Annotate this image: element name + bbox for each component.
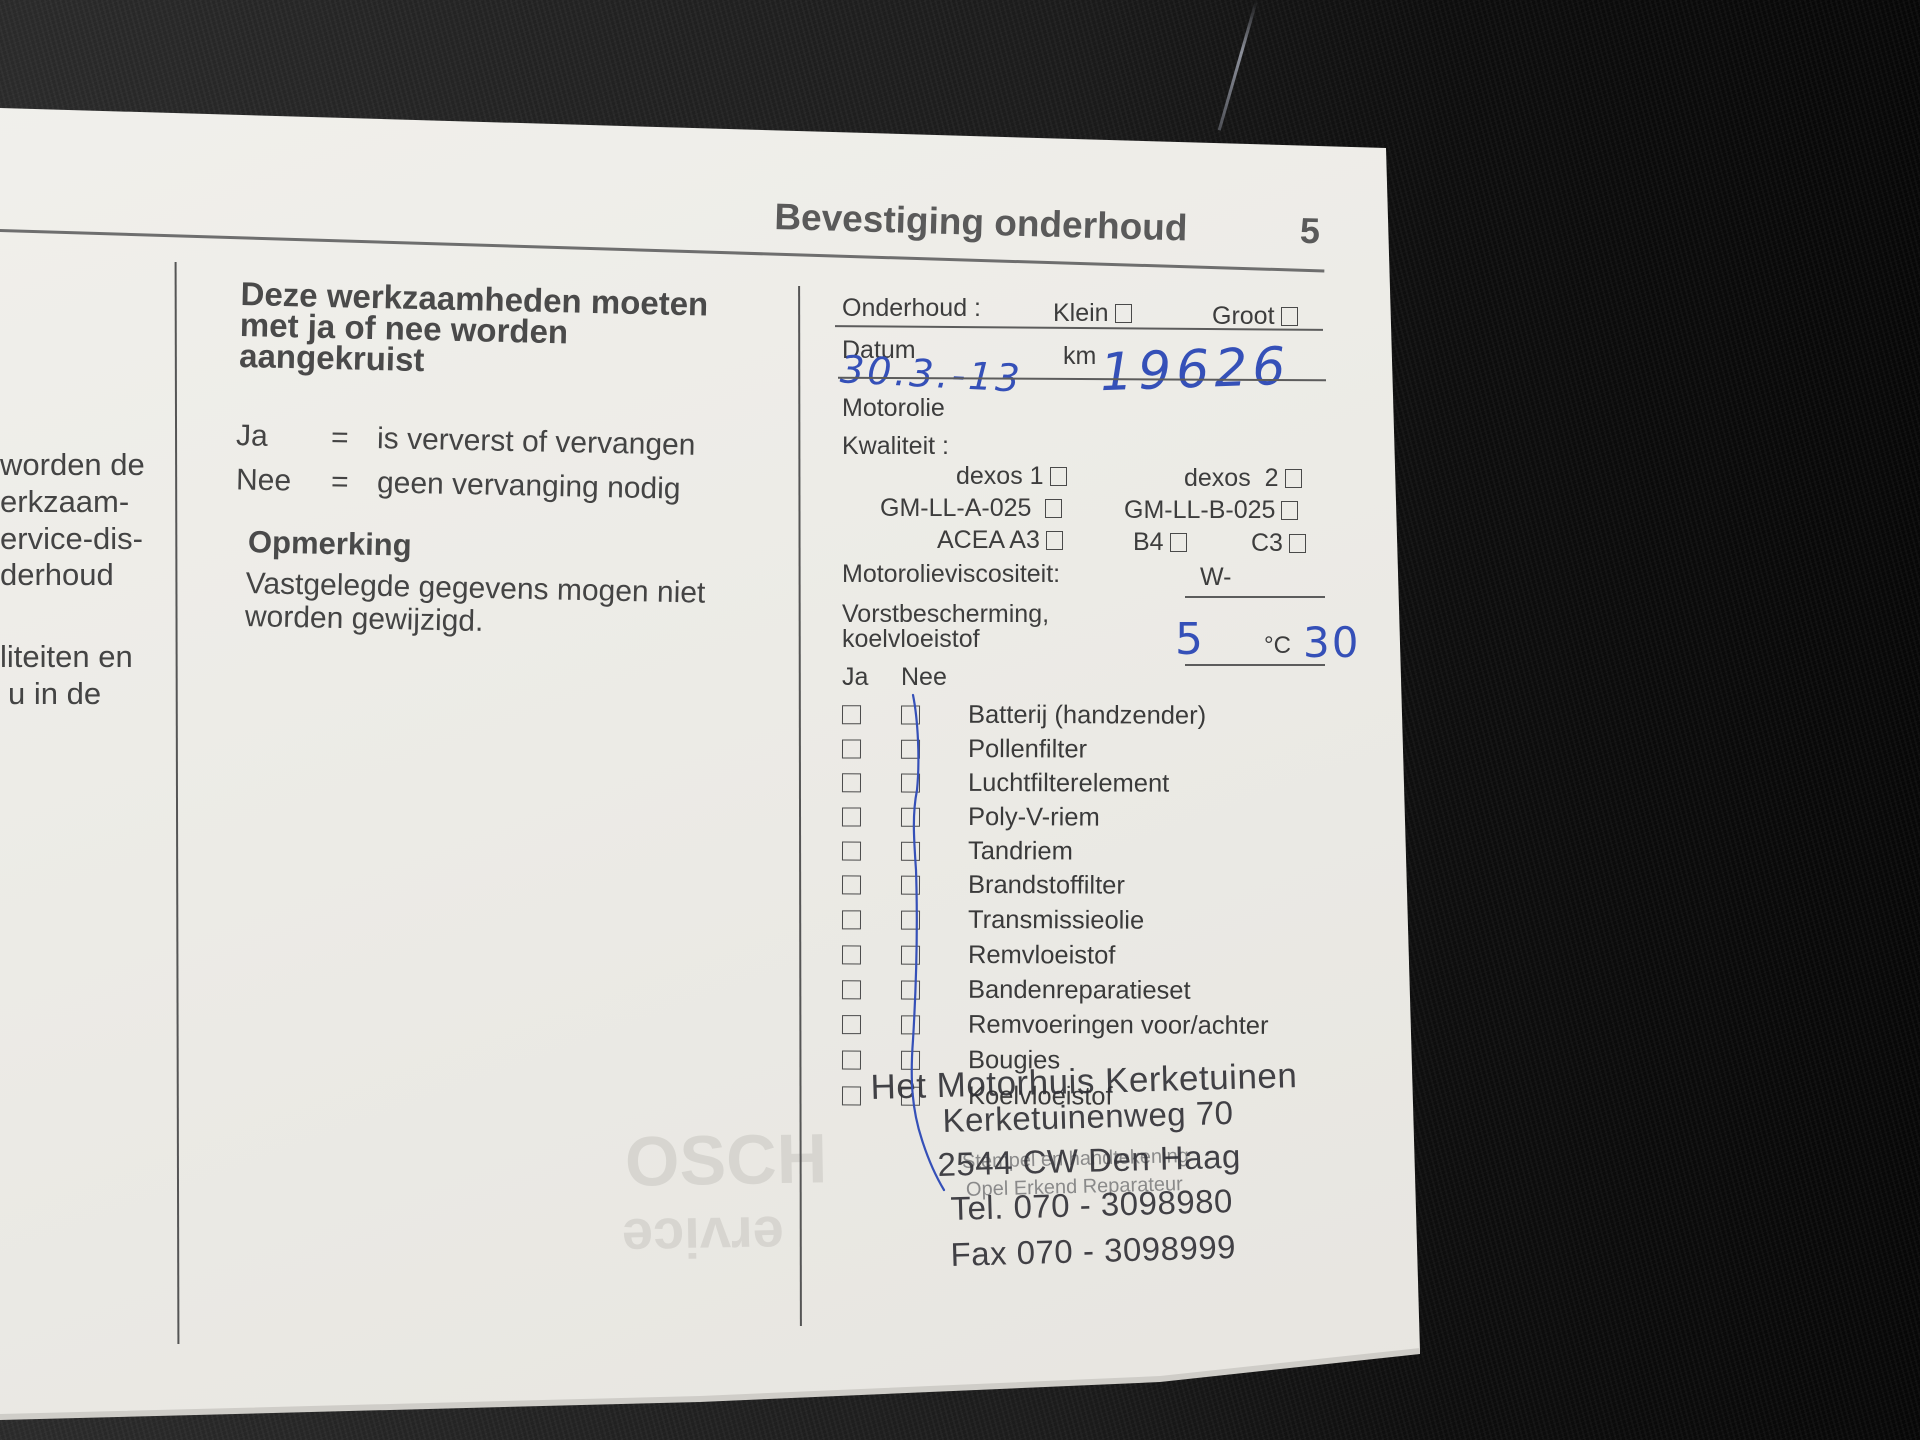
frost-label-line: koelvloeistof bbox=[842, 627, 1049, 652]
partial-text-line: ervice-dis- bbox=[0, 520, 143, 557]
quality-label: dexos 2 bbox=[1184, 464, 1279, 492]
quality-checkbox[interactable] bbox=[1050, 467, 1067, 486]
nee-checkbox[interactable] bbox=[901, 773, 920, 792]
quality-checkbox[interactable] bbox=[1045, 499, 1062, 518]
ja-checkbox[interactable] bbox=[842, 841, 861, 860]
nee-checkbox[interactable] bbox=[901, 1015, 920, 1034]
checklist-item-label: Transmissieolie bbox=[968, 905, 1144, 935]
groot-checkbox[interactable] bbox=[1281, 307, 1298, 326]
quality-checkbox[interactable] bbox=[1281, 501, 1298, 520]
viscosity-field-line bbox=[1185, 596, 1325, 598]
quality-label: dexos 1 bbox=[956, 462, 1044, 490]
checklist-item: Luchtfilterelement bbox=[842, 767, 1169, 798]
nee-checkbox[interactable] bbox=[901, 980, 920, 999]
quality-label: GM-LL-B-025 bbox=[1124, 496, 1275, 524]
quality-label: B4 bbox=[1133, 528, 1164, 556]
nee-checkbox[interactable] bbox=[901, 807, 920, 826]
quality-option[interactable]: B4 bbox=[1133, 528, 1187, 557]
ja-checkbox[interactable] bbox=[842, 739, 861, 758]
column-header-nee: Nee bbox=[901, 663, 947, 692]
frost-label-line: Vorstbescherming, bbox=[842, 602, 1049, 627]
legend-eq: = bbox=[331, 465, 378, 500]
partial-text-line: u in de bbox=[8, 675, 101, 712]
ja-checkbox[interactable] bbox=[842, 1015, 861, 1034]
ja-checkbox[interactable] bbox=[842, 945, 861, 964]
quality-option[interactable]: GM-LL-B-025 bbox=[1124, 496, 1298, 525]
instructions-heading: Deze werkzaamheden moeten met ja of nee … bbox=[239, 278, 709, 382]
column-header-ja: Ja bbox=[842, 663, 868, 692]
checklist-item: Pollenfilter bbox=[842, 733, 1087, 764]
partial-text-line: liteiten en bbox=[0, 638, 133, 675]
quality-label: GM-LL-A-025 bbox=[880, 494, 1031, 522]
nee-checkbox[interactable] bbox=[901, 841, 920, 860]
ja-checkbox[interactable] bbox=[842, 1050, 861, 1069]
klein-option[interactable]: Klein bbox=[1053, 299, 1132, 328]
quality-checkbox[interactable] bbox=[1170, 533, 1187, 552]
groot-label: Groot bbox=[1212, 302, 1275, 330]
checklist-item: Batterij (handzender) bbox=[842, 699, 1206, 731]
ja-checkbox[interactable] bbox=[842, 773, 861, 792]
checklist-item-label: Remvoeringen voor/achter bbox=[968, 1010, 1269, 1040]
frost-field-line bbox=[1185, 664, 1325, 666]
frost-value-handwritten[interactable]: 5 bbox=[1175, 614, 1203, 665]
checklist-item-label: Bandenreparatieset bbox=[968, 975, 1191, 1005]
quality-label: ACEA A3 bbox=[937, 526, 1040, 554]
kwaliteit-label: Kwaliteit : bbox=[842, 432, 949, 461]
checklist-item-label: Pollenfilter bbox=[968, 735, 1087, 765]
partial-text-line: worden de bbox=[0, 446, 145, 483]
nee-checkbox[interactable] bbox=[901, 739, 920, 758]
legend-key: Nee bbox=[236, 463, 332, 499]
checklist-item: Remvoeringen voor/achter bbox=[842, 1009, 1269, 1041]
ja-checkbox[interactable] bbox=[842, 1086, 861, 1105]
viscosity-label: Motorolieviscositeit: bbox=[842, 560, 1060, 589]
checklist-item-label: Tandriem bbox=[968, 837, 1073, 866]
frost-label: Vorstbescherming, koelvloeistof bbox=[842, 602, 1049, 652]
quality-checkbox[interactable] bbox=[1289, 534, 1306, 553]
stamp-line-street: Kerketuinenweg 70 bbox=[942, 1094, 1234, 1140]
nee-checkbox[interactable] bbox=[901, 910, 920, 929]
show-through-print: OSCH bbox=[624, 1118, 828, 1202]
checklist-item-label: Poly-V-riem bbox=[968, 802, 1100, 832]
ja-checkbox[interactable] bbox=[842, 705, 861, 724]
partial-text-line: erkzaam- bbox=[0, 483, 129, 520]
remark-body: Vastgelegde gegevens mogen niet worden g… bbox=[245, 567, 706, 643]
quality-label: C3 bbox=[1251, 529, 1283, 557]
checklist-item: Transmissieolie bbox=[842, 904, 1144, 935]
quality-checkbox[interactable] bbox=[1046, 531, 1063, 550]
checklist-item-label: Remvloeistof bbox=[968, 940, 1116, 970]
klein-label: Klein bbox=[1053, 299, 1109, 327]
nee-checkbox[interactable] bbox=[901, 945, 920, 964]
checklist-item: Remvloeistof bbox=[842, 939, 1116, 970]
checklist-item-label: Batterij (handzender) bbox=[968, 700, 1206, 730]
quality-checkbox[interactable] bbox=[1285, 469, 1302, 488]
frost-unit: °C bbox=[1264, 632, 1291, 660]
checklist-item-label: Luchtfilterelement bbox=[968, 768, 1169, 798]
klein-checkbox[interactable] bbox=[1115, 304, 1132, 323]
legend-key: Ja bbox=[236, 419, 332, 455]
groot-option[interactable]: Groot bbox=[1212, 302, 1298, 331]
checklist-item: Bandenreparatieset bbox=[842, 974, 1191, 1006]
km-value-handwritten[interactable]: 19626 bbox=[1099, 337, 1291, 404]
nee-checkbox[interactable] bbox=[901, 875, 920, 894]
frost-value-handwritten-2[interactable]: 30 bbox=[1303, 618, 1360, 667]
motorolie-label: Motorolie bbox=[842, 394, 945, 423]
stamp-line-phone: Tel. 070 - 3098980 bbox=[950, 1182, 1233, 1228]
quality-option[interactable]: ACEA A3 bbox=[937, 526, 1063, 555]
ja-checkbox[interactable] bbox=[842, 875, 861, 894]
quality-option[interactable]: C3 bbox=[1251, 529, 1306, 558]
show-through-print: ervice bbox=[621, 1204, 784, 1272]
checklist-item: Poly-V-riem bbox=[842, 801, 1100, 832]
nee-checkbox[interactable] bbox=[901, 705, 920, 724]
quality-option[interactable]: GM-LL-A-025 bbox=[880, 494, 1062, 523]
quality-option[interactable]: dexos 1 bbox=[956, 462, 1067, 491]
ja-checkbox[interactable] bbox=[842, 980, 861, 999]
checklist-item: Brandstoffilter bbox=[842, 869, 1125, 900]
legend-meaning: geen vervanging nodig bbox=[377, 466, 681, 505]
checklist-item-label: Brandstoffilter bbox=[968, 870, 1125, 900]
ja-checkbox[interactable] bbox=[842, 910, 861, 929]
km-label: km bbox=[1063, 342, 1096, 371]
legend-eq: = bbox=[331, 421, 378, 456]
checklist-item: Tandriem bbox=[842, 835, 1073, 866]
onderhoud-label: Onderhoud : bbox=[842, 294, 981, 323]
ja-checkbox[interactable] bbox=[842, 807, 861, 826]
legend-meaning: is ververst of vervangen bbox=[377, 422, 696, 462]
stamp-line-fax: Fax 070 - 3098999 bbox=[950, 1228, 1236, 1274]
page-number: 5 bbox=[1299, 210, 1320, 253]
remark-title: Opmerking bbox=[248, 524, 412, 563]
viscosity-value[interactable]: W- bbox=[1200, 563, 1231, 592]
quality-option[interactable]: dexos 2 bbox=[1184, 464, 1302, 493]
partial-text-line: derhoud bbox=[0, 556, 114, 593]
